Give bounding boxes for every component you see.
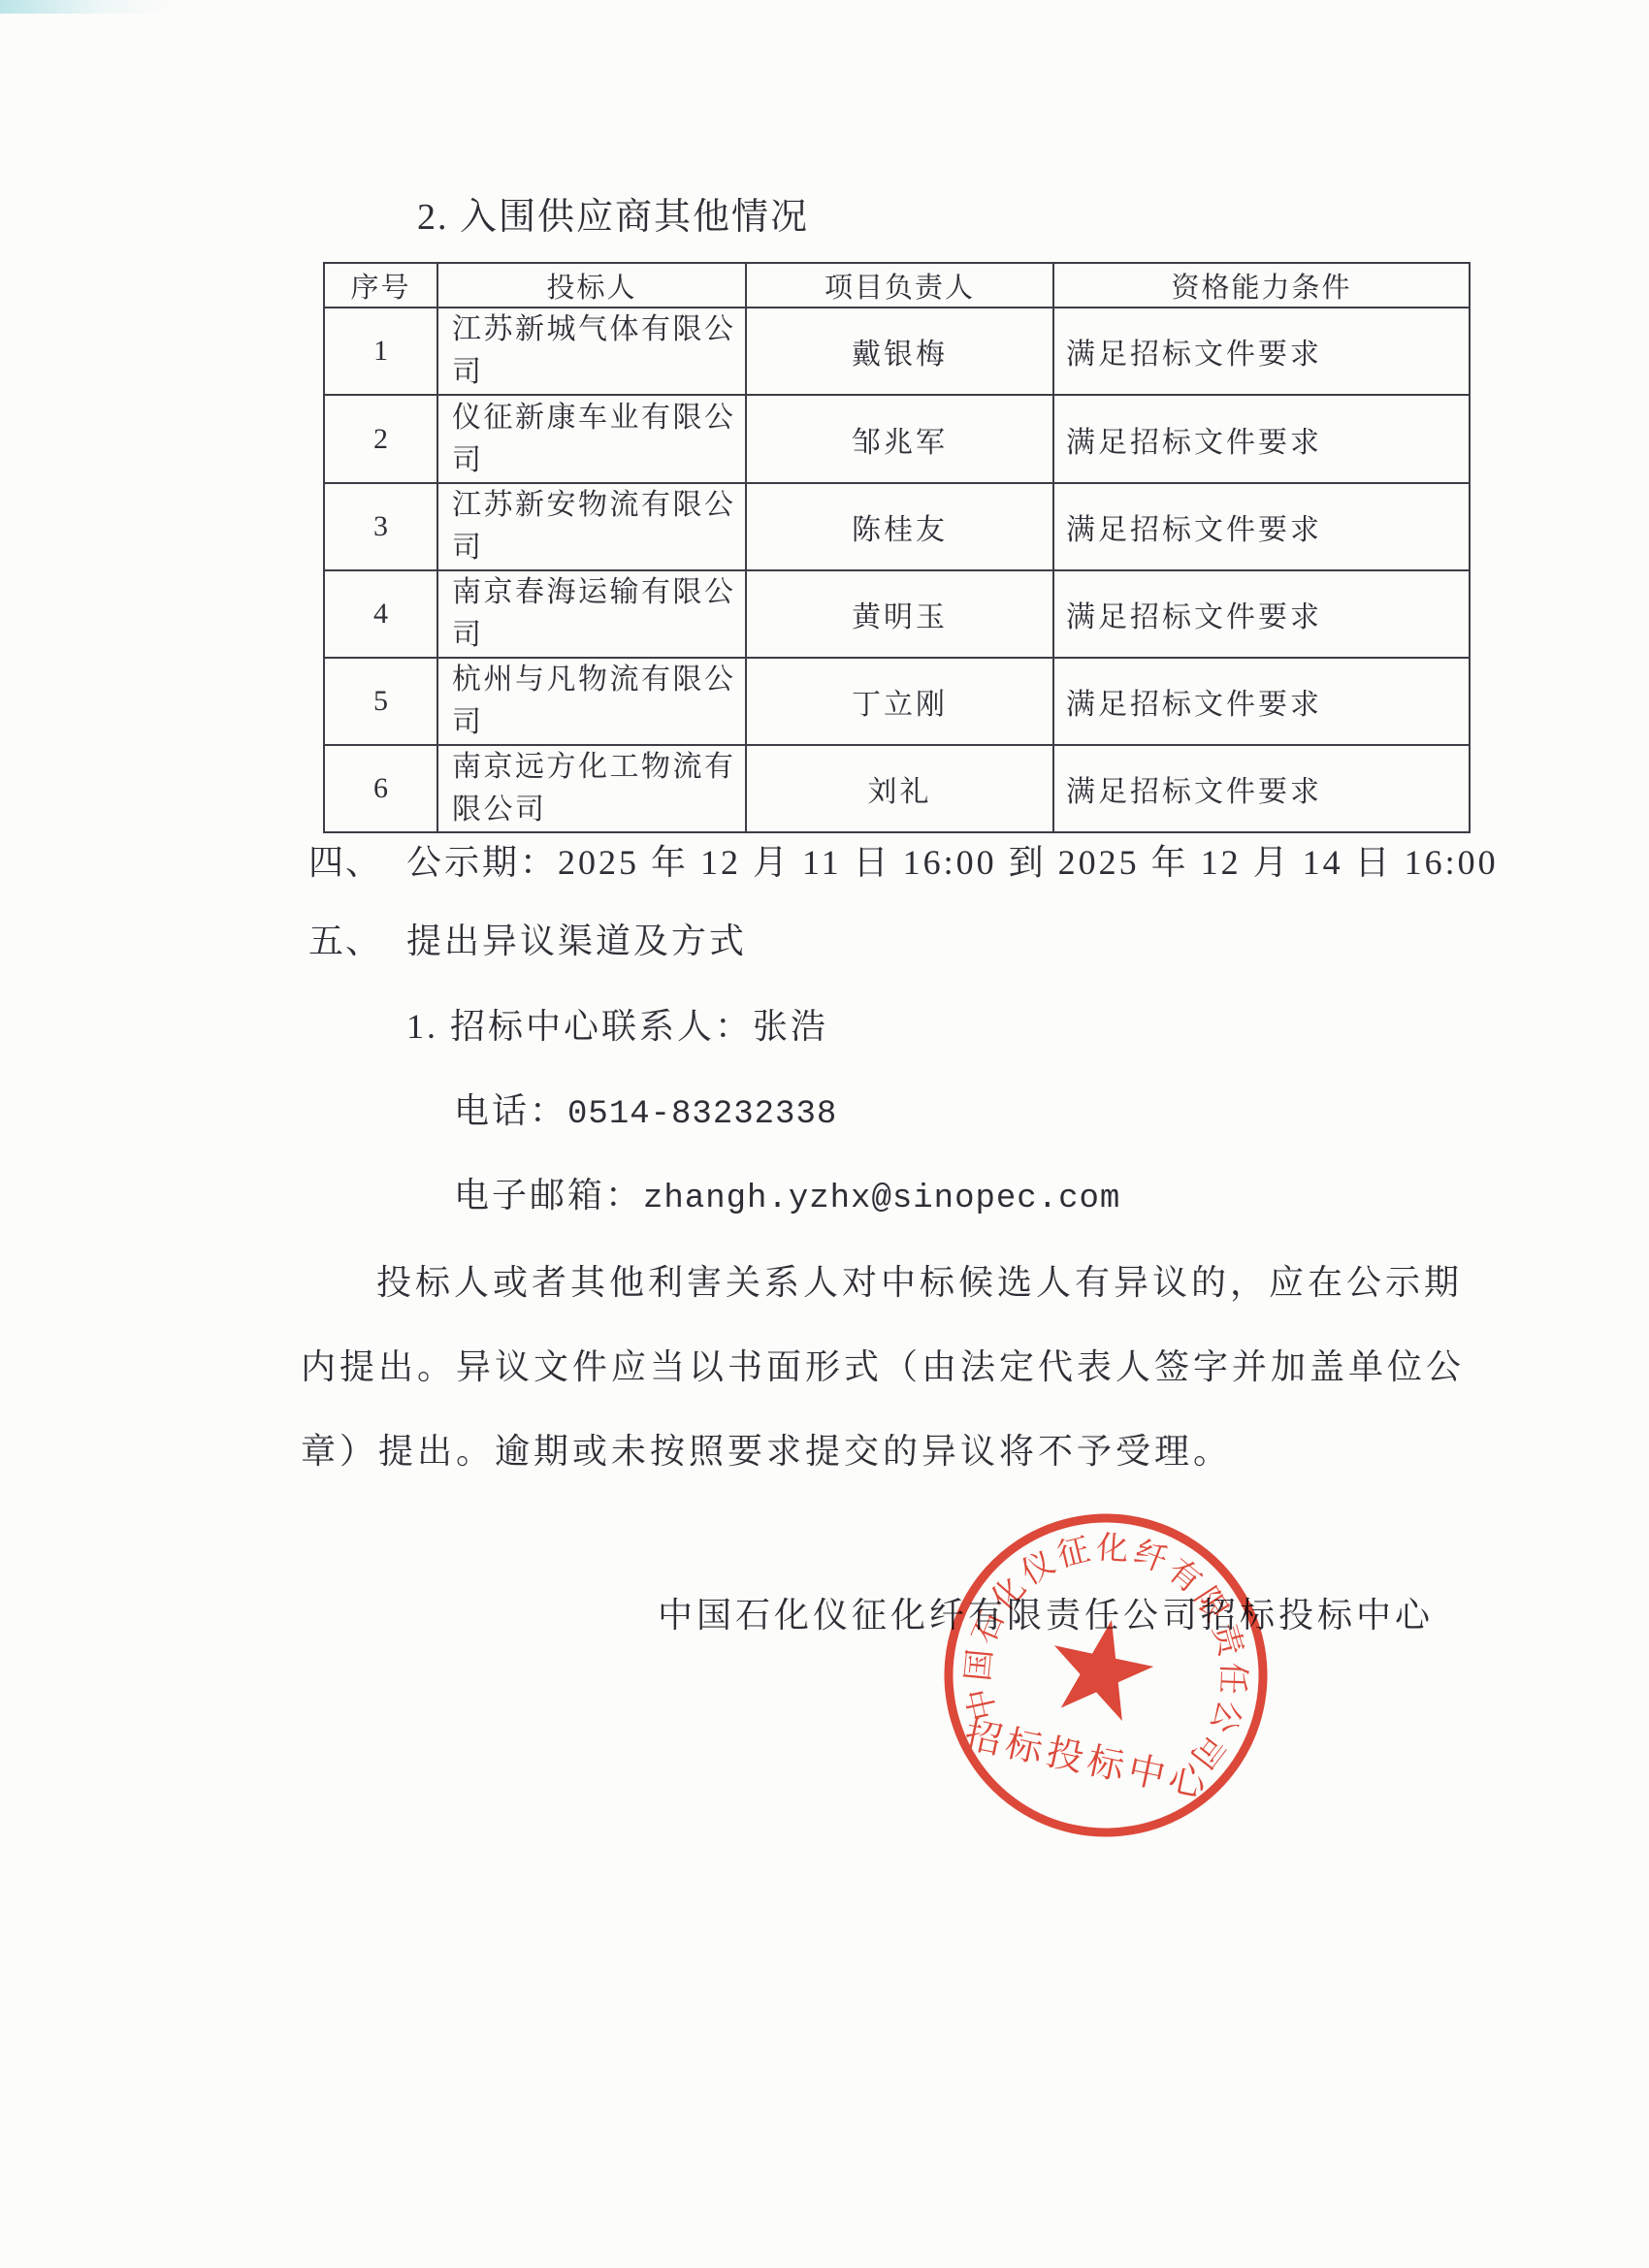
objection-paragraph-line1: 投标人或者其他利害关系人对中标候选人有异议的，应在公示期 xyxy=(301,1260,1463,1306)
col-header-bidder: 投标人 xyxy=(437,263,746,308)
cell-bidder: 南京远方化工物流有限公司 xyxy=(437,745,746,832)
phone-line: 电话：0514-83232338 xyxy=(454,1088,837,1138)
cell-bidder: 杭州与凡物流有限公司 xyxy=(437,658,746,745)
cell-no: 6 xyxy=(324,745,437,832)
table-row: 5 杭州与凡物流有限公司 丁立刚 满足招标文件要求 xyxy=(324,658,1470,745)
cell-qualification: 满足招标文件要求 xyxy=(1053,308,1470,395)
cell-no: 4 xyxy=(324,570,437,658)
table-row: 3 江苏新安物流有限公司 陈桂友 满足招标文件要求 xyxy=(324,483,1470,570)
section5-marker: 五、 xyxy=(308,919,406,964)
col-header-no: 序号 xyxy=(324,263,437,308)
cell-qualification: 满足招标文件要求 xyxy=(1053,483,1470,570)
table-header-row: 序号 投标人 项目负责人 资格能力条件 xyxy=(324,263,1470,308)
table-row: 6 南京远方化工物流有限公司 刘礼 满足招标文件要求 xyxy=(324,745,1470,832)
cell-bidder: 南京春海运输有限公司 xyxy=(437,570,746,658)
table-row: 2 仪征新康车业有限公司 邹兆军 满足招标文件要求 xyxy=(324,395,1470,483)
col-header-manager: 项目负责人 xyxy=(746,263,1053,308)
official-seal-stamp: 中国石化仪征化纤有限责任公司 招标投标中心 xyxy=(931,1501,1280,1850)
document-page: 2. 入围供应商其他情况 序号 投标人 项目负责人 资格能力条件 1 江苏新城气… xyxy=(0,0,1649,2268)
table-row: 1 江苏新城气体有限公司 戴银梅 满足招标文件要求 xyxy=(324,308,1470,395)
stamp-star-icon xyxy=(1042,1609,1161,1725)
cell-manager: 陈桂友 xyxy=(746,483,1053,570)
cell-no: 1 xyxy=(324,308,437,395)
email-line: 电子邮箱：zhangh.yzhx@sinopec.com xyxy=(454,1173,1120,1222)
publicity-period-text: 公示期：2025 年 12 月 11 日 16:00 到 2025 年 12 月… xyxy=(406,843,1499,882)
section2-title: 2. 入围供应商其他情况 xyxy=(417,194,809,241)
cell-qualification: 满足招标文件要求 xyxy=(1053,745,1470,832)
cell-bidder: 江苏新城气体有限公司 xyxy=(437,308,746,395)
cell-no: 2 xyxy=(324,395,437,483)
cell-manager: 黄明玉 xyxy=(746,570,1053,658)
cell-manager: 刘礼 xyxy=(746,745,1053,832)
cell-no: 3 xyxy=(324,483,437,570)
objection-channel-heading: 提出异议渠道及方式 xyxy=(406,922,747,960)
suppliers-table: 序号 投标人 项目负责人 资格能力条件 1 江苏新城气体有限公司 戴银梅 满足招… xyxy=(323,262,1471,833)
email-label: 电子邮箱： xyxy=(454,1176,643,1215)
scan-artifact xyxy=(0,0,170,14)
phone-label: 电话： xyxy=(454,1091,567,1130)
contact-person-line: 1. 招标中心联系人：张浩 xyxy=(406,1004,828,1050)
section5-line: 五、提出异议渠道及方式 xyxy=(308,919,747,964)
section4-marker: 四、 xyxy=(308,840,406,886)
cell-manager: 丁立刚 xyxy=(746,658,1053,745)
phone-number: 0514-83232338 xyxy=(567,1096,837,1133)
email-address: zhangh.yzhx@sinopec.com xyxy=(643,1181,1120,1217)
objection-paragraph-line2: 内提出。异议文件应当以书面形式（由法定代表人签字并加盖单位公 xyxy=(301,1345,1465,1390)
cell-qualification: 满足招标文件要求 xyxy=(1053,658,1470,745)
cell-manager: 邹兆军 xyxy=(746,395,1053,483)
table-row: 4 南京春海运输有限公司 黄明玉 满足招标文件要求 xyxy=(324,570,1470,658)
cell-qualification: 满足招标文件要求 xyxy=(1053,395,1470,483)
cell-qualification: 满足招标文件要求 xyxy=(1053,570,1470,658)
section4-line: 四、公示期：2025 年 12 月 11 日 16:00 到 2025 年 12… xyxy=(308,840,1499,886)
objection-paragraph-line3: 章）提出。逾期或未按照要求提交的异议将不予受理。 xyxy=(301,1429,1232,1474)
cell-no: 5 xyxy=(324,658,437,745)
col-header-qualification: 资格能力条件 xyxy=(1053,263,1470,308)
cell-manager: 戴银梅 xyxy=(746,308,1053,395)
cell-bidder: 江苏新安物流有限公司 xyxy=(437,483,746,570)
cell-bidder: 仪征新康车业有限公司 xyxy=(437,395,746,483)
